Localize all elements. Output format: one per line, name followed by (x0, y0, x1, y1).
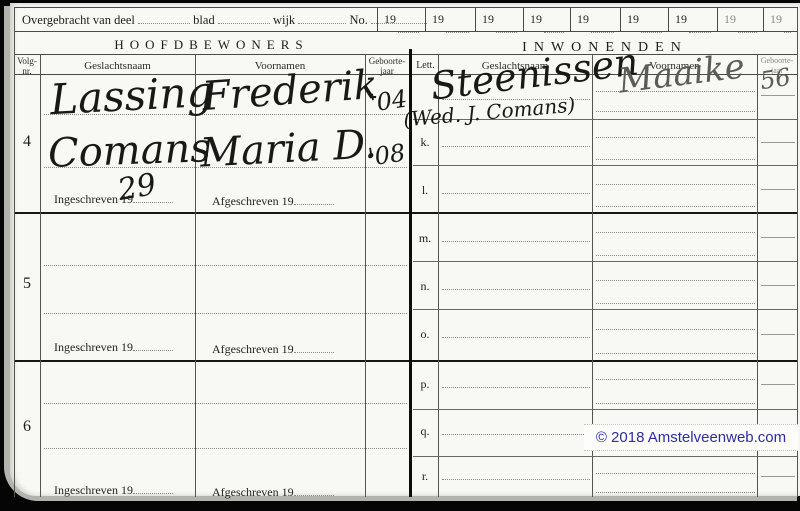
writing-line (596, 492, 755, 493)
year-cell-label: 19 (530, 12, 542, 27)
afgeschreven-label-row4: Afgeschreven 19 (212, 193, 334, 209)
year-cell: 19 (523, 7, 570, 31)
year-sub-line (761, 334, 795, 335)
writing-line (442, 241, 590, 242)
inwonenden-row-line (413, 456, 797, 457)
writing-line (596, 159, 755, 160)
lett-o: o. (413, 327, 437, 342)
ingeschreven-label-row5: Ingeschreven 19 (54, 339, 173, 355)
volgnr-header-line2: nr. (14, 66, 40, 76)
year-cell-label: 19 (432, 12, 444, 27)
writing-line (442, 387, 590, 388)
year-sub-line (761, 285, 795, 286)
writing-line (596, 473, 755, 474)
afgeschreven-text: Afgeschreven 19 (212, 194, 294, 208)
hoofdbewoners-title: HOOFDBEWONERS (14, 37, 409, 53)
left-name-column-line (195, 54, 196, 497)
writing-line (596, 379, 755, 380)
writing-line (596, 303, 755, 304)
dotted-leader (496, 21, 517, 33)
transfer-label-wijk: wijk (273, 13, 295, 27)
register-scan: Overgebracht van deel blad wijk No. 19 1… (0, 0, 800, 511)
year-sub-line (761, 476, 795, 477)
transfer-label-blad: blad (193, 13, 215, 27)
volgnr-header: Volg- nr. (14, 56, 40, 76)
year-cells: 19 19 19 19 19 19 19 19 19 (377, 7, 797, 31)
handwritten-ingeschreven-year: 29 (116, 170, 159, 206)
dotted-leader (641, 21, 662, 33)
inwonenden-row-line (413, 261, 797, 262)
inwonenden-row-line (413, 165, 797, 166)
handwritten-voornamen-1: Frederik (201, 65, 379, 117)
writing-line (442, 193, 590, 194)
lett-n: n. (413, 279, 437, 294)
writing-line (44, 313, 407, 314)
year-cell: 19 (425, 7, 475, 31)
year-cell: 19 (570, 7, 620, 31)
dotted-leader (784, 21, 791, 33)
volgnr-header-line1: Volg- (14, 56, 40, 66)
year-cell: 19 (377, 7, 425, 31)
writing-line (442, 289, 590, 290)
year-cell-label: 19 (482, 12, 494, 27)
copyright-watermark: © 2018 Amstelveenweb.com (584, 424, 798, 451)
handwritten-geboortejaar-2: '08 (367, 141, 407, 170)
dotted-leader (133, 482, 173, 494)
writing-line (596, 232, 755, 233)
lett-q: q. (413, 424, 437, 439)
afgeschreven-text: Afgeschreven 19 (212, 485, 294, 499)
writing-line (596, 184, 755, 185)
year-cell-label: 19 (675, 12, 687, 27)
dotted-leader (294, 193, 334, 205)
writing-line (44, 448, 407, 449)
inwonenden-row-line (413, 309, 797, 310)
year-cell-label: 19 (577, 12, 589, 27)
year-sub-line (761, 142, 795, 143)
year-sub-line (761, 189, 795, 190)
volgnr-column-line (40, 54, 41, 497)
year-cell-label: 19 (384, 12, 396, 27)
writing-line (596, 353, 755, 354)
dotted-leader (398, 21, 419, 33)
register-page: Overgebracht van deel blad wijk No. 19 1… (10, 3, 800, 496)
writing-line (442, 337, 590, 338)
dotted-leader (218, 12, 270, 24)
year-sub-line (761, 237, 795, 238)
dotted-leader (298, 12, 346, 24)
year-sub-line (761, 95, 795, 96)
lett-l: l. (413, 183, 437, 198)
lett-r: r. (413, 469, 437, 484)
handwritten-inwonende-note: (Wed. J. Comans) (402, 95, 576, 130)
ingeschreven-label-row6: Ingeschreven 19 (54, 482, 173, 498)
writing-line (596, 403, 755, 404)
dotted-leader (689, 21, 711, 33)
dotted-leader (591, 21, 614, 33)
year-cell: 19 (475, 7, 523, 31)
writing-line (596, 137, 755, 138)
lett-k: k. (413, 135, 437, 150)
volgnr-5: 5 (14, 275, 40, 293)
handwritten-geslachtsnaam-1: Lassing (49, 71, 214, 121)
year-sub-line (761, 384, 795, 385)
year-cell: 19 (620, 7, 668, 31)
year-cell-label: 19 (770, 12, 782, 27)
writing-line (596, 111, 755, 112)
transfer-label-deel: Overgebracht van deel (22, 13, 135, 27)
year-cell: 19 (763, 7, 797, 31)
handwritten-inwonende-geboortejaar: 56 (758, 65, 792, 93)
afgeschreven-text: Afgeschreven 19 (212, 342, 294, 356)
row-divider-5-6 (14, 360, 798, 362)
dotted-leader (544, 21, 564, 33)
dotted-leader (446, 21, 469, 33)
afgeschreven-label-row5: Afgeschreven 19 (212, 341, 334, 357)
afgeschreven-label-row6: Afgeschreven 19 (212, 484, 334, 500)
writing-line (596, 280, 755, 281)
dotted-leader (294, 341, 334, 353)
lett-p: p. (413, 377, 437, 392)
transfer-row: Overgebracht van deel blad wijk No. (22, 12, 427, 28)
writing-line (442, 479, 590, 480)
year-cell: 19 (668, 7, 717, 31)
volgnr-6: 6 (14, 418, 40, 436)
handwritten-voornamen-2: Maria D. (199, 124, 377, 173)
lett-m: m. (413, 231, 437, 246)
left-year-column-line (365, 54, 366, 497)
writing-line (44, 403, 407, 404)
ingeschreven-text: Ingeschreven 19 (54, 483, 133, 497)
year-cell: 19 (717, 7, 763, 31)
writing-line (596, 329, 755, 330)
dotted-leader (133, 339, 173, 351)
writing-line (44, 265, 407, 266)
handwritten-geslachtsnaam-2: Comans (47, 128, 211, 174)
writing-line (442, 146, 590, 147)
inwonenden-row-line (413, 409, 797, 410)
dotted-leader (294, 484, 334, 496)
year-cell-label: 19 (627, 12, 639, 27)
dotted-leader (138, 12, 190, 24)
writing-line (596, 255, 755, 256)
ingeschreven-text: Ingeschreven 19 (54, 340, 133, 354)
volgnr-4: 4 (14, 133, 40, 151)
year-cell-label: 19 (724, 12, 736, 27)
writing-line (596, 206, 755, 207)
dotted-leader (738, 21, 757, 33)
row-divider-4-5 (14, 212, 798, 214)
writing-line (442, 434, 590, 435)
transfer-label-no: No. (349, 13, 367, 27)
